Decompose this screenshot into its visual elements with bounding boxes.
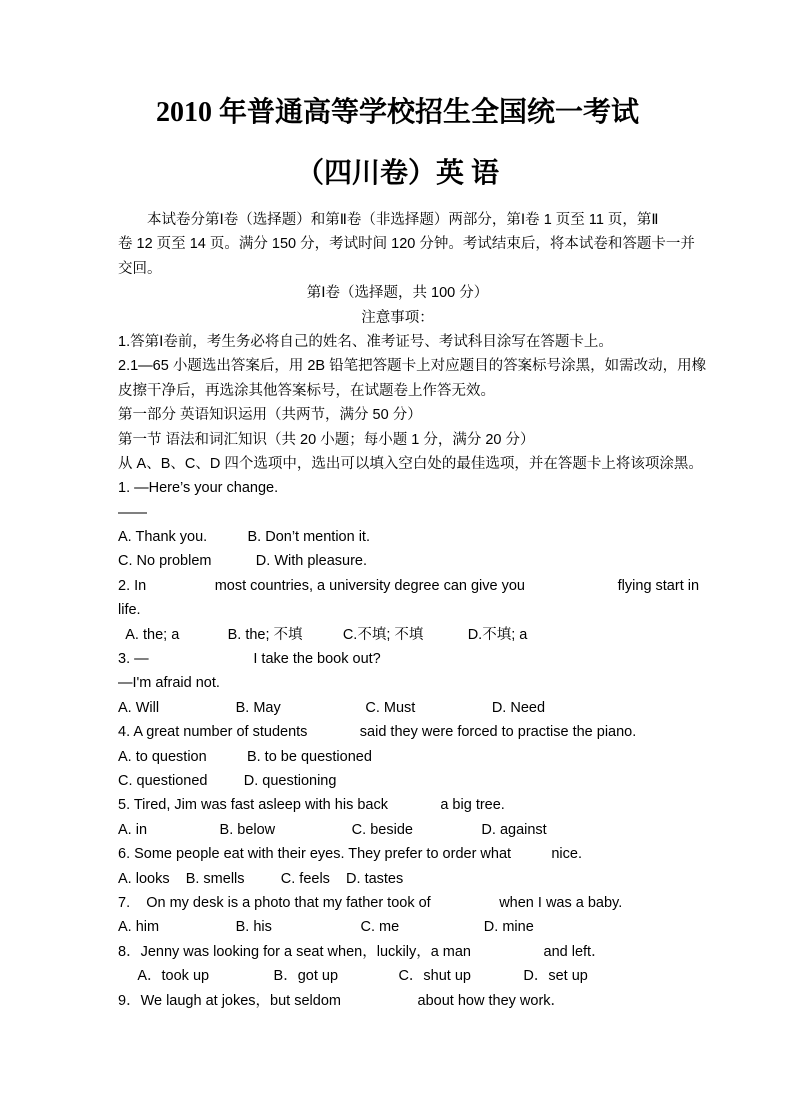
q4-options-ab: A. to question B. to be questioned <box>118 745 677 769</box>
q3-options: A. Will B. May C. Must D. Need <box>118 696 677 720</box>
q1-options-cd: C. No problem D. With pleasure. <box>118 549 677 573</box>
q5-stem: 5. Tired, Jim was fast asleep with his b… <box>118 793 677 817</box>
preamble-line-2: 卷 12 页至 14 页。满分 150 分，考试时间 120 分钟。考试结束后，… <box>118 232 677 256</box>
preamble-line-1: 本试卷分第Ⅰ卷（选择题）和第Ⅱ卷（非选择题）两部分，第Ⅰ卷 1 页至 11 页，… <box>118 208 677 232</box>
directions: 从 A、B、C、D 四个选项中，选出可以填入空白处的最佳选项，并在答题卡上将该项… <box>118 452 677 476</box>
q8-options: A．took up B．got up C．shut up D．set up <box>118 964 677 988</box>
q6-stem: 6. Some people eat with their eyes. They… <box>118 842 677 866</box>
section-header: 第一部分 英语知识运用（共两节，满分 50 分） <box>118 403 677 427</box>
q3-stem: 3. — I take the book out? <box>118 647 677 671</box>
document-body: 2010 年普通高等学校招生全国统一考试（四川卷）英 语本试卷分第Ⅰ卷（选择题）… <box>118 93 677 1013</box>
preamble-line-3: 交回。 <box>118 257 677 281</box>
note-2-line-2: 皮擦干净后，再选涂其他答案标号，在试题卷上作答无效。 <box>118 379 677 403</box>
note-2-line-1: 2.1—65 小题选出答案后，用 2B 铅笔把答题卡上对应题目的答案标号涂黑，如… <box>118 354 677 378</box>
exam-title-line2: （四川卷）英 语 <box>118 152 677 208</box>
exam-paper-page: 2010 年普通高等学校招生全国统一考试（四川卷）英 语本试卷分第Ⅰ卷（选择题）… <box>0 0 794 1108</box>
q7-options: A. him B. his C. me D. mine <box>118 915 677 939</box>
notes-header: 注意事项： <box>118 306 677 330</box>
q1-reply-blank: —— <box>118 501 677 525</box>
note-1: 1.答第Ⅰ卷前，考生务必将自己的姓名、准考证号、考试科目涂写在答题卡上。 <box>118 330 677 354</box>
subsection-header: 第一节 语法和词汇知识（共 20 小题；每小题 1 分，满分 20 分） <box>118 428 677 452</box>
q1-options-ab: A. Thank you. B. Don’t mention it. <box>118 525 677 549</box>
q4-stem: 4. A great number of students said they … <box>118 720 677 744</box>
q8-stem: 8．Jenny was looking for a seat when，luck… <box>118 940 677 964</box>
q3-reply: —I'm afraid not. <box>118 671 677 695</box>
q2-stem: 2. In most countries, a university degre… <box>118 574 677 598</box>
q2-options: A. the; a B. the; 不填 C.不填; 不填 D.不填; a <box>118 623 677 647</box>
q7-stem: 7. On my desk is a photo that my father … <box>118 891 677 915</box>
q2-stem-cont: life. <box>118 598 677 622</box>
q4-options-cd: C. questioned D. questioning <box>118 769 677 793</box>
q5-options: A. in B. below C. beside D. against <box>118 818 677 842</box>
q1-stem: 1. —Here’s your change. <box>118 476 677 500</box>
part1-header: 第Ⅰ卷（选择题，共 100 分） <box>118 281 677 305</box>
exam-title-line1: 2010 年普通高等学校招生全国统一考试 <box>118 93 677 152</box>
q6-options: A. looks B. smells C. feels D. tastes <box>118 867 677 891</box>
q9-stem: 9．We laugh at jokes，but seldom about how… <box>118 989 677 1013</box>
